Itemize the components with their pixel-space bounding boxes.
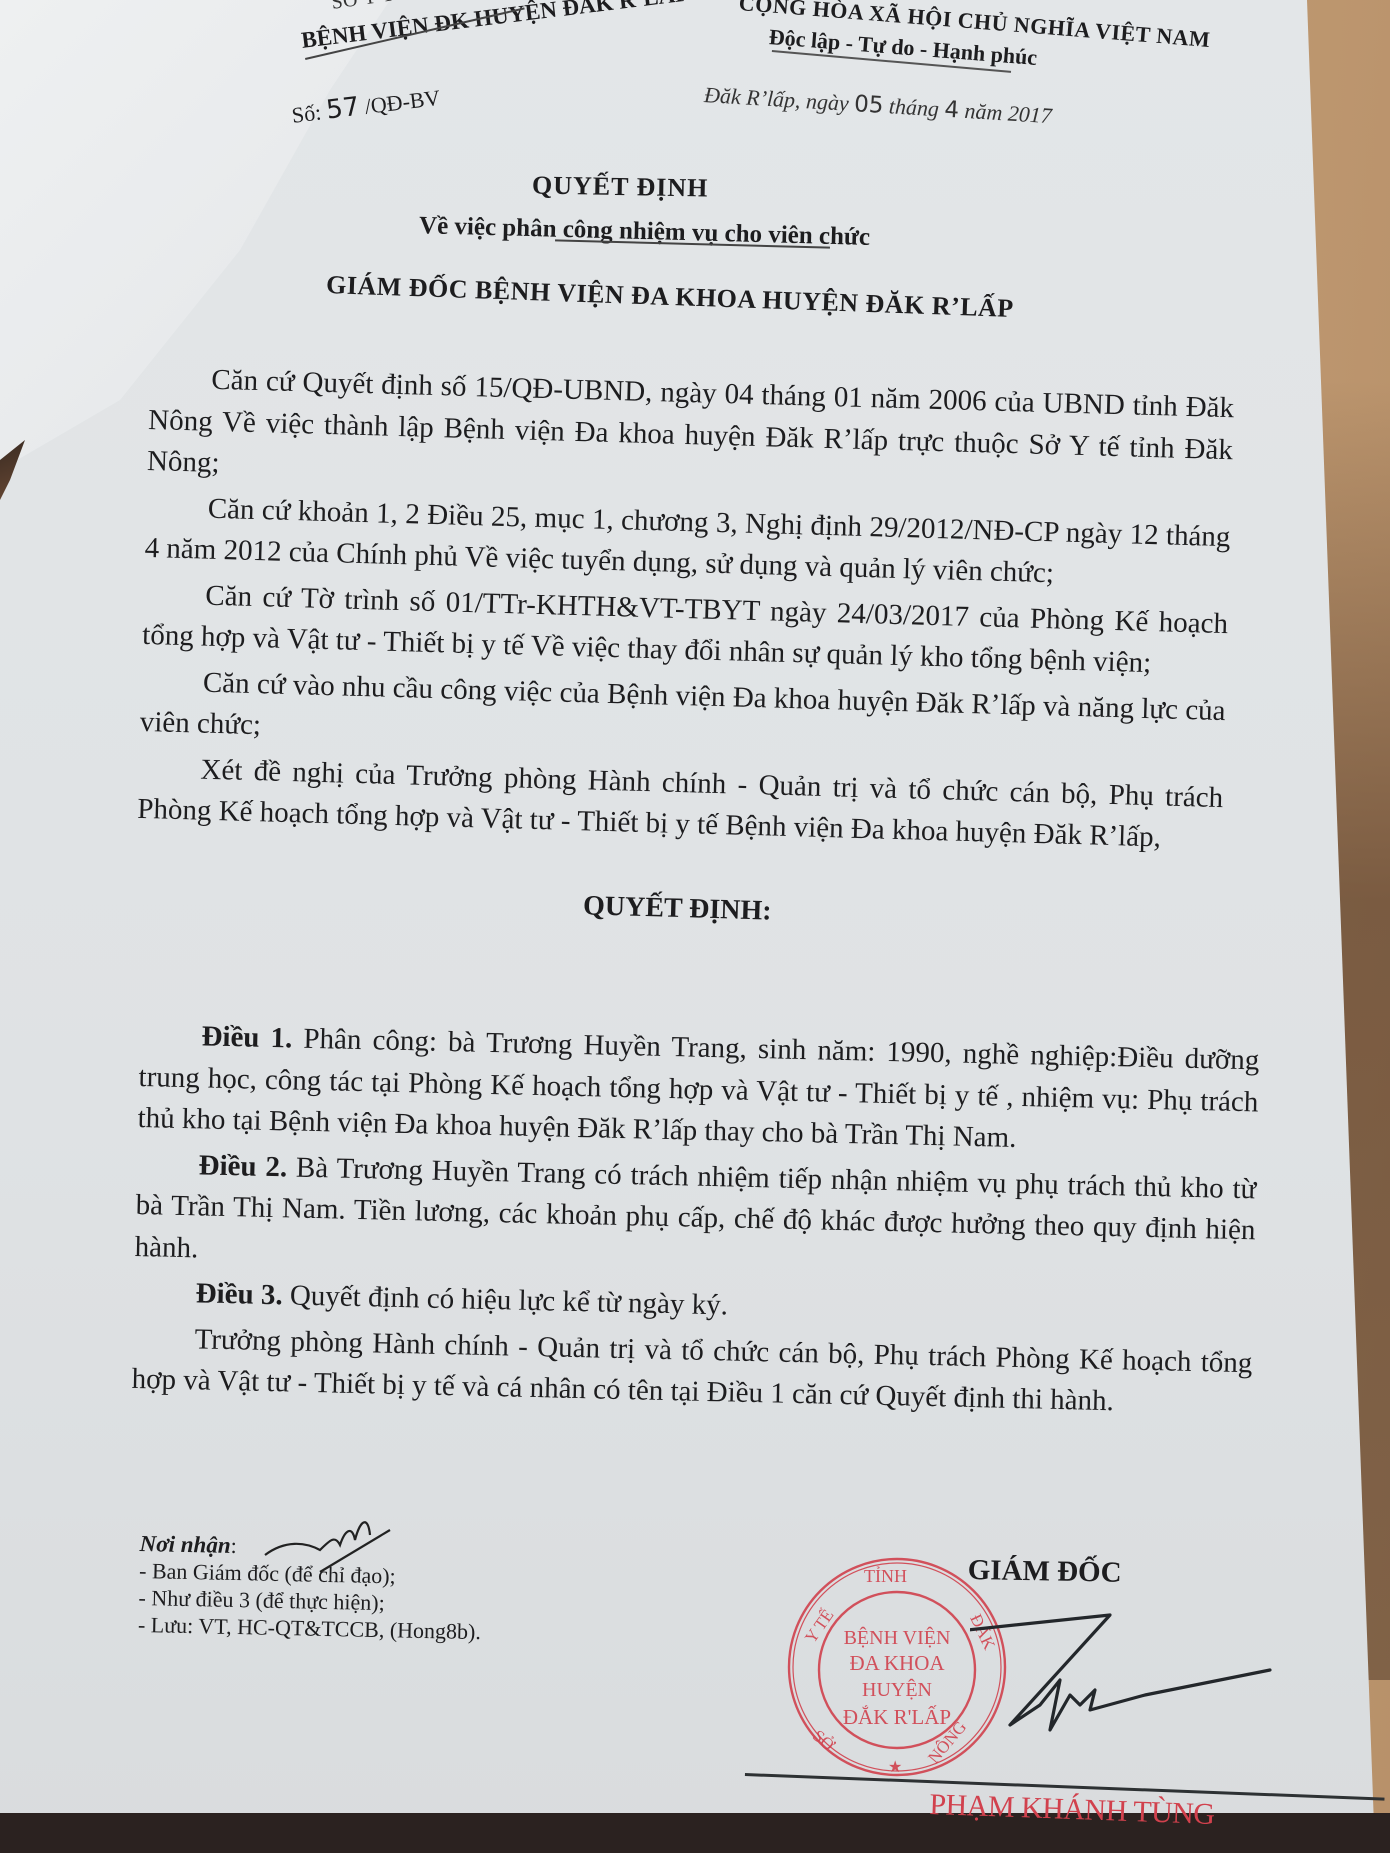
recipients-heading: Nơi nhận [139, 1531, 230, 1558]
articles-section: Điều 1. Phân công: bà Trương Huyền Trang… [131, 1015, 1260, 1430]
number-value: 57 [325, 92, 362, 126]
article-2: Điều 2. Bà Trương Huyền Trang có trách n… [134, 1143, 1257, 1293]
svg-text:SỞ: SỞ [809, 1726, 838, 1755]
svg-text:TỈNH: TỈNH [864, 1566, 907, 1586]
decision-heading: QUYẾT ĐỊNH: [134, 872, 1220, 944]
svg-text:HUYỆN: HUYỆN [862, 1678, 932, 1701]
svg-text:BỆNH VIỆN: BỆNH VIỆN [844, 1626, 951, 1649]
document-title: QUYẾT ĐỊNH [0, 172, 1390, 202]
article-1: Điều 1. Phân công: bà Trương Huyền Trang… [137, 1015, 1260, 1165]
article-label: Điều 3. [195, 1277, 283, 1311]
article-text: Phân công: bà Trương Huyền Trang, sinh n… [137, 1022, 1259, 1153]
article-label: Điều 1. [201, 1020, 293, 1054]
article-label: Điều 2. [198, 1149, 287, 1183]
document-subject: Về việc phân công nhiệm vụ cho viên chức [0, 218, 1390, 246]
svg-text:ĐA KHOA: ĐA KHOA [849, 1651, 945, 1675]
issuing-authority: GIÁM ĐỐC BỆNH VIỆN ĐA KHOA HUYỆN ĐĂK R’L… [0, 282, 1390, 312]
date-day: 05 [853, 91, 884, 119]
handwritten-initial-icon [260, 1510, 400, 1580]
handwritten-signature-icon [970, 1610, 1350, 1740]
date-year: năm 2017 [964, 98, 1053, 128]
svg-text:★: ★ [888, 1759, 902, 1776]
preamble-section: Căn cứ Quyết định số 15/QĐ-UBND, ngày 04… [133, 358, 1234, 984]
date-month: 4 [944, 97, 960, 124]
number-label: Số: [290, 99, 322, 127]
article-text: Quyết định có hiệu lực kể từ ngày ký. [282, 1279, 728, 1321]
article-text: Bà Trương Huyền Trang có trách nhiệm tiế… [134, 1151, 1256, 1264]
svg-text:ĐẮK R'LẤP: ĐẮK R'LẤP [843, 1705, 951, 1729]
date-month-label: tháng [888, 93, 940, 121]
